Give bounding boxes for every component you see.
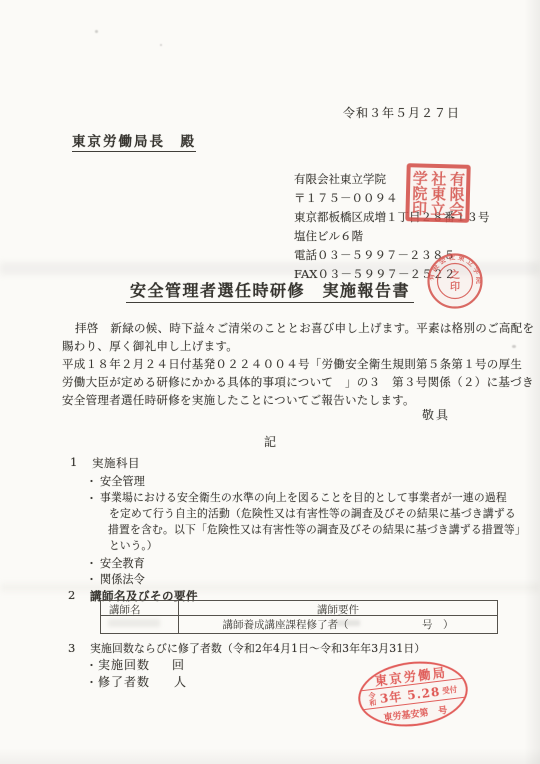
section1-item-line: 事業場における安全衛生の水準の向上を図ることを目的として事業者が一連の過程	[100, 490, 507, 505]
scan-band	[0, 583, 540, 592]
scan-speck	[160, 44, 162, 46]
body-line: 賜わり、厚く御礼申し上げます。	[62, 338, 512, 354]
completers-count-label: 修了者数	[98, 673, 150, 690]
section3-heading: 実施回数ならびに修了者数（令和2年4月1日～令和3年年3月31日）	[90, 641, 425, 656]
company-square-seal-icon: 有限会 社東立 学院印	[405, 163, 470, 223]
scan-speck	[512, 345, 516, 348]
bullet-mark: ・	[86, 555, 97, 571]
bullet-mark: ・	[86, 473, 97, 489]
sender-address-line2: 塩住ビル６階	[294, 227, 490, 246]
body-line: 拝啓 新緑の候、時下益々ご清栄のこととお喜び申し上げます。平素は格別のご高配を	[62, 320, 512, 336]
section1-item: 関係法令	[100, 571, 145, 587]
col-header-instructor-name: 講師名	[101, 601, 179, 615]
seal-column: 社東立	[429, 170, 446, 215]
labor-bureau-receipt-stamp-icon: 東京労働局 令和 3年 5.28 受付 東労基安第 号	[355, 656, 472, 733]
document-date: 令和３年５月２７日	[260, 104, 460, 121]
bullet-mark: ・	[86, 674, 97, 690]
section2-number: 2	[68, 588, 75, 602]
section1-item: 安全管理	[100, 473, 145, 489]
scanned-report-page: 令和３年５月２７日 東京労働局長 殿 有限会社東立学院〒１７５－００９４東京都板…	[0, 0, 540, 764]
table-row: 講師養成講座課程修了者（ 号 ）	[101, 616, 497, 633]
section1-number: 1	[70, 455, 77, 469]
erased-text-smudge	[108, 619, 160, 627]
scan-edge-shadow	[0, 748, 540, 764]
section1-item: 安全教育	[100, 555, 145, 571]
seal-column: 有限会	[448, 171, 465, 216]
addressee: 東京労働局長 殿	[72, 130, 196, 152]
record-marker: 記	[0, 433, 540, 450]
receipt-stamp-number-prefix: 東労基安第	[383, 705, 429, 723]
instructor-table: 講師名 講師要件 講師養成講座課程修了者（ 号 ）	[100, 600, 498, 634]
section1-heading: 実施科目	[92, 455, 140, 471]
receipt-stamp-ukezuke: 受付	[441, 683, 457, 696]
erased-text-smudge	[330, 620, 360, 626]
section1-item-line: を定めて行う自主的活動（危険性又は有害性等の調査及びその結果に基づき講ずる	[109, 506, 516, 521]
section3-number: 3	[68, 641, 75, 655]
scan-speck	[95, 30, 98, 33]
completers-count-unit: 人	[174, 673, 186, 690]
body-line: 労働大臣が定める研修にかかる具体的事項について 」の３ 第３号関係（２）に基づき	[62, 374, 512, 390]
receipt-stamp-era: 令和	[368, 691, 379, 706]
bullet-mark: ・	[86, 490, 97, 506]
bullet-mark: ・	[86, 657, 97, 673]
col-header-instructor-requirements: 講師要件	[179, 601, 497, 615]
section1-item-line: 措置を含む。以下「危険性又は有害性等の調査及びその結果に基づき講ずる措置等」	[108, 522, 526, 537]
closing-keigu: 敬具	[340, 406, 450, 423]
section1-item-line: という。）	[109, 538, 158, 553]
seal-column: 学院印	[411, 170, 428, 215]
body-line: 平成１８年２月２４日付基発０２２４００４号「労働安全衛生規則第５条第１号の厚生	[62, 356, 512, 372]
table-header-row: 講師名 講師要件	[101, 601, 497, 616]
document-title: 安全管理者選任時研修 実施報告書	[60, 278, 480, 301]
implementation-count-label: 実施回数	[98, 656, 150, 673]
implementation-count-unit: 回	[172, 656, 184, 673]
receipt-stamp-number-suffix: 号	[437, 703, 448, 717]
bullet-mark: ・	[86, 571, 97, 587]
